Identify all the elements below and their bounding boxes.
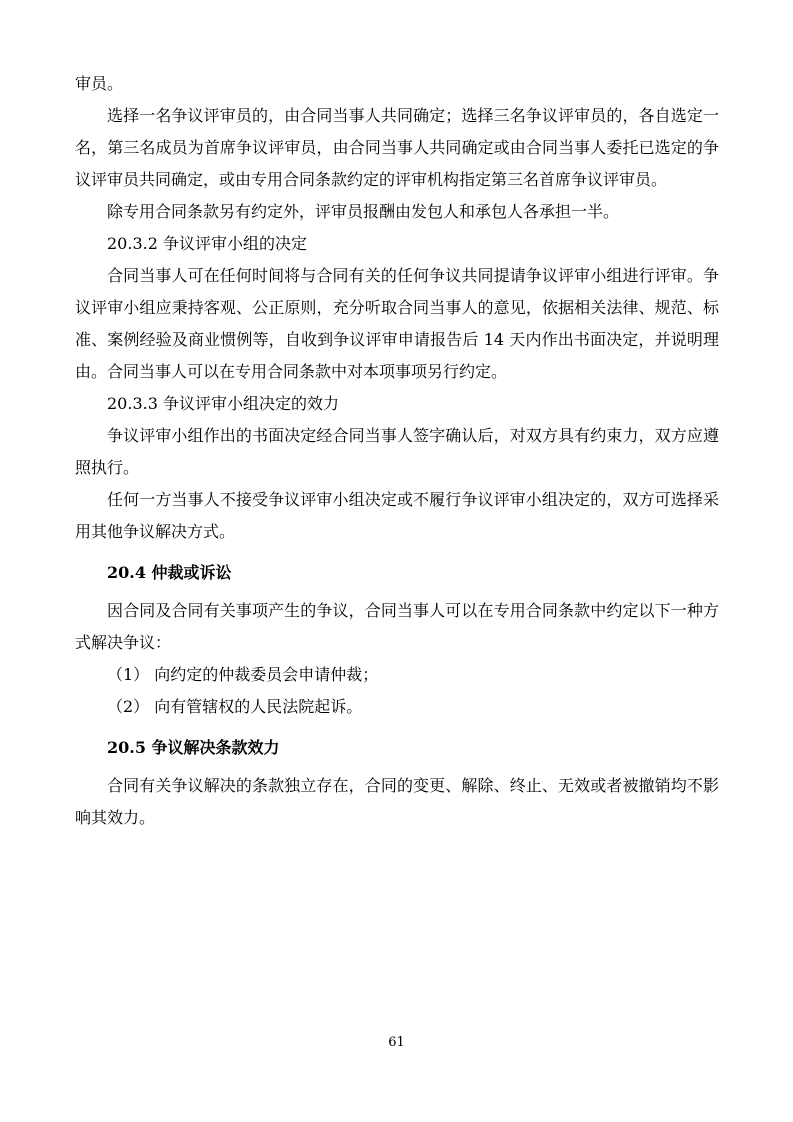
paragraph-arbitration-intro: 因合同及合同有关事项产生的争议，合同当事人可以在专用合同条款中约定以下一种方式解… <box>75 595 719 659</box>
clause-heading-20-5: 20.5 争议解决条款效力 <box>75 732 719 764</box>
document-text-body: 审员。 选择一名争议评审员的，由合同当事人共同确定；选择三名争议评审员的，各自选… <box>75 68 719 834</box>
paragraph-decision-rejection: 任何一方当事人不接受争议评审小组决定或不履行争议评审小组决定的，双方可选择采用其… <box>75 484 719 548</box>
paragraph-continuation: 审员。 <box>75 68 719 100</box>
paragraph-clause-independence: 合同有关争议解决的条款独立存在，合同的变更、解除、终止、无效或者被撤销均不影响其… <box>75 770 719 834</box>
clause-heading-20-3-3: 20.3.3 争议评审小组决定的效力 <box>75 388 719 420</box>
clause-heading-20-3-2: 20.3.2 争议评审小组的决定 <box>75 228 719 260</box>
list-item-litigation: （2） 向有管辖权的人民法院起诉。 <box>75 691 719 723</box>
paragraph-evaluator-remuneration: 除专用合同条款另有约定外，评审员报酬由发包人和承包人各承担一半。 <box>75 196 719 228</box>
page-number: 61 <box>0 1033 793 1053</box>
paragraph-evaluator-selection: 选择一名争议评审员的，由合同当事人共同确定；选择三名争议评审员的，各自选定一名，… <box>75 100 719 196</box>
paragraph-review-panel-decision: 合同当事人可在任何时间将与合同有关的任何争议共同提请争议评审小组进行评审。争议评… <box>75 260 719 388</box>
paragraph-decision-binding: 争议评审小组作出的书面决定经合同当事人签字确认后，对双方具有约束力，双方应遵照执… <box>75 420 719 484</box>
clause-heading-20-4: 20.4 仲裁或诉讼 <box>75 557 719 589</box>
list-item-arbitration: （1） 向约定的仲裁委员会申请仲裁； <box>75 659 719 691</box>
document-page: 审员。 选择一名争议评审员的，由合同当事人共同确定；选择三名争议评审员的，各自选… <box>0 0 793 1122</box>
